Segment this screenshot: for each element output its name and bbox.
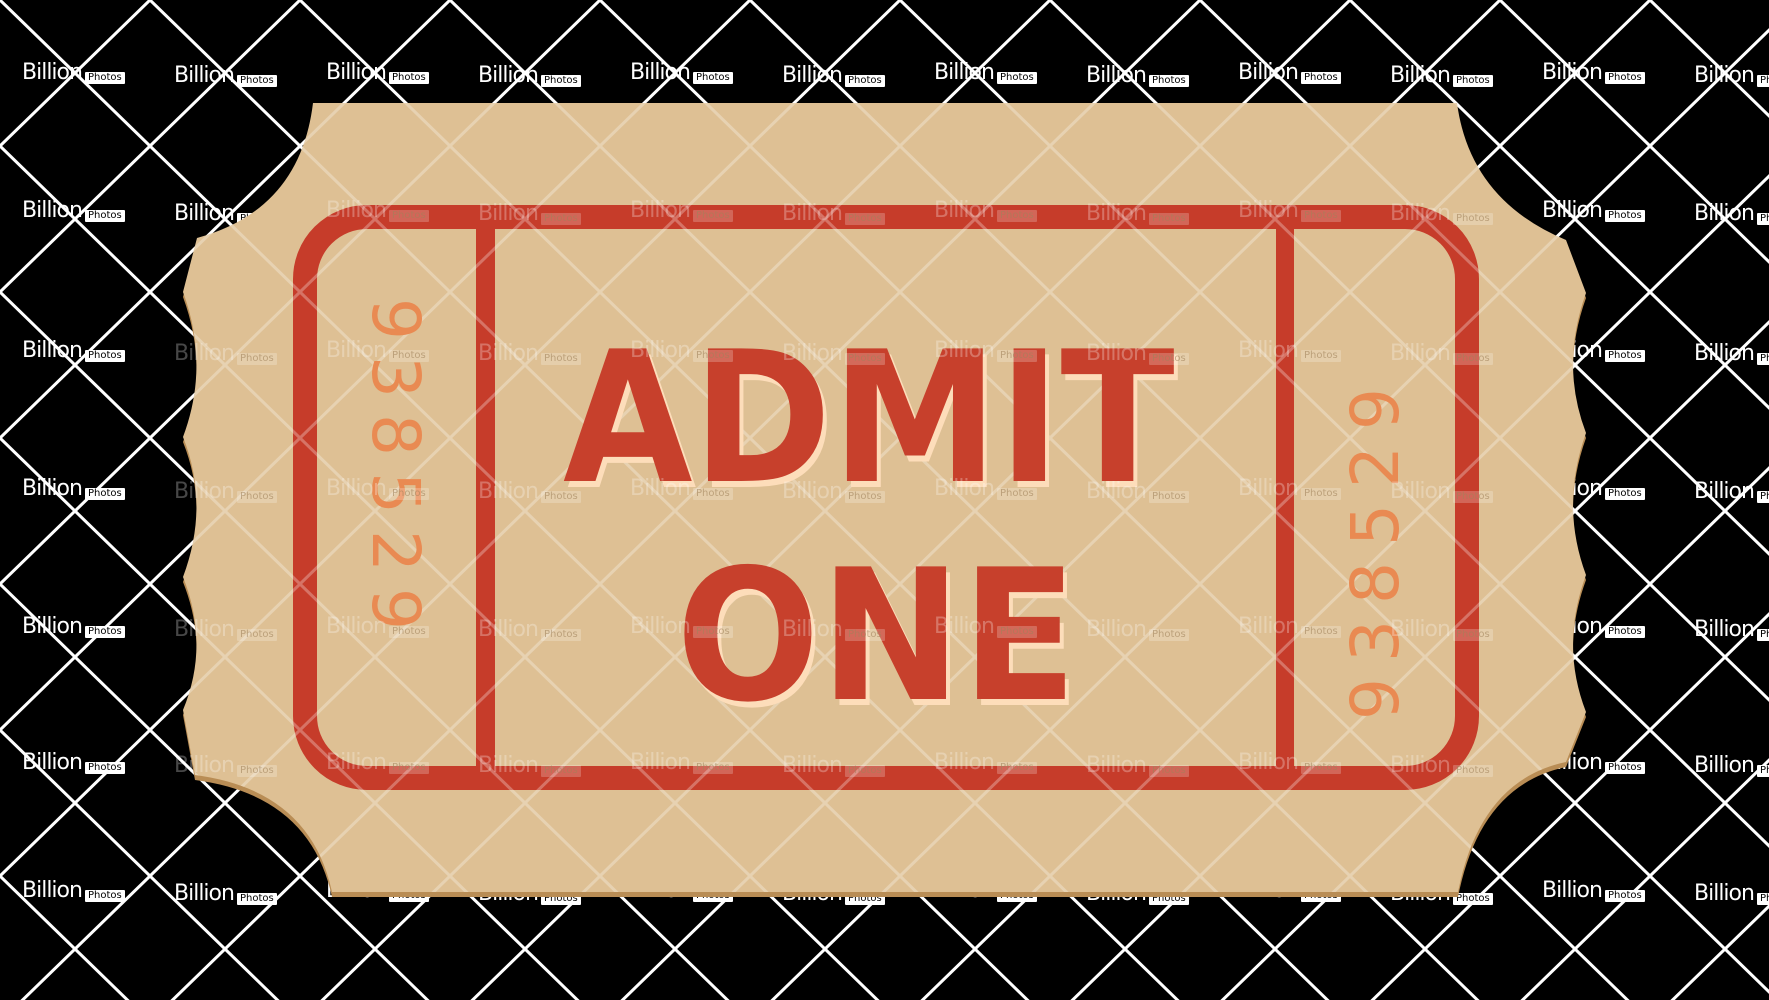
watermark: BillionPhotos: [478, 755, 581, 777]
watermark: BillionPhotos: [1086, 203, 1189, 225]
watermark-tag: Photos: [1301, 762, 1341, 774]
watermark: BillionPhotos: [934, 616, 1037, 638]
watermark-tag: Photos: [1453, 629, 1493, 641]
watermark-brand: Billion: [326, 478, 386, 500]
watermark: BillionPhotos: [782, 343, 885, 365]
watermark-tag: Photos: [845, 629, 885, 641]
watermark: BillionPhotos: [1390, 619, 1493, 641]
watermark-tag: Photos: [1149, 213, 1189, 225]
watermark-tag: Photos: [237, 353, 277, 365]
watermark: BillionPhotos: [630, 478, 733, 500]
watermark-tag: Photos: [541, 765, 581, 777]
watermark-brand: Billion: [782, 343, 842, 365]
watermark: BillionPhotos: [1086, 343, 1189, 365]
watermark-brand: Billion: [478, 343, 538, 365]
watermark: BillionPhotos: [478, 343, 581, 365]
watermark-brand: Billion: [174, 619, 234, 641]
watermark: BillionPhotos: [174, 619, 277, 641]
watermark: BillionPhotos: [1086, 755, 1189, 777]
watermark-tag: Photos: [1301, 350, 1341, 362]
watermark-tag: Photos: [237, 765, 277, 777]
watermark-brand: Billion: [630, 752, 690, 774]
watermark: BillionPhotos: [1238, 200, 1341, 222]
watermark: BillionPhotos: [630, 616, 733, 638]
watermark-tag: Photos: [1149, 491, 1189, 503]
watermark-brand: Billion: [1390, 619, 1450, 641]
watermark-tag: Photos: [389, 210, 429, 222]
watermark: BillionPhotos: [1390, 481, 1493, 503]
watermark-tag: Photos: [997, 350, 1037, 362]
watermark-tag: Photos: [541, 353, 581, 365]
watermark: BillionPhotos: [1086, 481, 1189, 503]
watermark-brand: Billion: [1238, 200, 1298, 222]
watermark: BillionPhotos: [934, 340, 1037, 362]
watermark-tag: Photos: [1301, 488, 1341, 500]
watermark: BillionPhotos: [1238, 340, 1341, 362]
watermark: BillionPhotos: [630, 340, 733, 362]
watermark-brand: Billion: [1086, 755, 1146, 777]
watermark: BillionPhotos: [326, 752, 429, 774]
watermark-brand: Billion: [174, 343, 234, 365]
watermark-tag: Photos: [845, 353, 885, 365]
watermark-brand: Billion: [326, 340, 386, 362]
watermark-brand: Billion: [174, 755, 234, 777]
watermark-tag: Photos: [693, 488, 733, 500]
watermark: BillionPhotos: [1390, 343, 1493, 365]
watermark: BillionPhotos: [782, 619, 885, 641]
watermark: BillionPhotos: [630, 752, 733, 774]
watermark: BillionPhotos: [782, 481, 885, 503]
watermark-tag: Photos: [1149, 353, 1189, 365]
watermark-brand: Billion: [174, 481, 234, 503]
watermark-brand: Billion: [934, 200, 994, 222]
watermark-brand: Billion: [934, 340, 994, 362]
watermark-brand: Billion: [934, 478, 994, 500]
watermark-brand: Billion: [782, 755, 842, 777]
watermark-brand: Billion: [782, 619, 842, 641]
watermark-brand: Billion: [1238, 340, 1298, 362]
watermark: BillionPhotos: [782, 755, 885, 777]
watermark-tag: Photos: [1453, 353, 1493, 365]
watermark: BillionPhotos: [478, 203, 581, 225]
watermark-brand: Billion: [630, 478, 690, 500]
watermark-tag: Photos: [693, 350, 733, 362]
watermark-layer-ticket: BillionPhotosBillionPhotosBillionPhotosB…: [0, 0, 1769, 1000]
watermark: BillionPhotos: [630, 200, 733, 222]
watermark: BillionPhotos: [1086, 619, 1189, 641]
watermark-tag: Photos: [389, 626, 429, 638]
watermark-brand: Billion: [1390, 203, 1450, 225]
watermark-tag: Photos: [1453, 491, 1493, 503]
watermark-tag: Photos: [1149, 629, 1189, 641]
watermark-tag: Photos: [1453, 213, 1493, 225]
watermark-tag: Photos: [1301, 626, 1341, 638]
watermark: BillionPhotos: [174, 343, 277, 365]
watermark: BillionPhotos: [934, 478, 1037, 500]
watermark-tag: Photos: [389, 488, 429, 500]
watermark-tag: Photos: [237, 491, 277, 503]
watermark: BillionPhotos: [326, 200, 429, 222]
watermark-brand: Billion: [630, 200, 690, 222]
watermark-tag: Photos: [1453, 765, 1493, 777]
watermark-brand: Billion: [1086, 203, 1146, 225]
watermark-brand: Billion: [934, 752, 994, 774]
watermark: BillionPhotos: [1238, 478, 1341, 500]
watermark-tag: Photos: [997, 488, 1037, 500]
watermark-tag: Photos: [845, 213, 885, 225]
watermark: BillionPhotos: [1238, 752, 1341, 774]
watermark-tag: Photos: [237, 629, 277, 641]
watermark-brand: Billion: [1086, 343, 1146, 365]
watermark-tag: Photos: [693, 626, 733, 638]
watermark: BillionPhotos: [934, 200, 1037, 222]
watermark: BillionPhotos: [1390, 203, 1493, 225]
watermark-brand: Billion: [1238, 752, 1298, 774]
watermark-brand: Billion: [1238, 478, 1298, 500]
watermark-brand: Billion: [782, 203, 842, 225]
watermark-brand: Billion: [326, 752, 386, 774]
watermark-brand: Billion: [1390, 755, 1450, 777]
watermark-brand: Billion: [326, 616, 386, 638]
watermark: BillionPhotos: [478, 481, 581, 503]
watermark-tag: Photos: [845, 491, 885, 503]
watermark: BillionPhotos: [1238, 616, 1341, 638]
watermark-brand: Billion: [782, 481, 842, 503]
watermark-brand: Billion: [1238, 616, 1298, 638]
watermark: BillionPhotos: [174, 481, 277, 503]
watermark-brand: Billion: [630, 616, 690, 638]
watermark-brand: Billion: [478, 619, 538, 641]
watermark-tag: Photos: [1149, 765, 1189, 777]
watermark-brand: Billion: [1086, 481, 1146, 503]
watermark-tag: Photos: [1301, 210, 1341, 222]
watermark: BillionPhotos: [174, 755, 277, 777]
watermark-tag: Photos: [389, 350, 429, 362]
watermark: BillionPhotos: [326, 478, 429, 500]
watermark-brand: Billion: [1390, 343, 1450, 365]
ticket-illustration: BillionPhotosBillionPhotosBillionPhotosB…: [0, 0, 1769, 1000]
watermark-brand: Billion: [478, 203, 538, 225]
watermark-brand: Billion: [630, 340, 690, 362]
watermark-brand: Billion: [326, 200, 386, 222]
watermark: BillionPhotos: [1390, 755, 1493, 777]
watermark-tag: Photos: [541, 629, 581, 641]
watermark-tag: Photos: [845, 765, 885, 777]
watermark-tag: Photos: [997, 762, 1037, 774]
watermark: BillionPhotos: [934, 752, 1037, 774]
watermark-brand: Billion: [934, 616, 994, 638]
watermark-brand: Billion: [478, 481, 538, 503]
watermark-tag: Photos: [997, 210, 1037, 222]
watermark: BillionPhotos: [326, 616, 429, 638]
watermark-brand: Billion: [1086, 619, 1146, 641]
watermark-tag: Photos: [389, 762, 429, 774]
watermark-brand: Billion: [478, 755, 538, 777]
watermark-tag: Photos: [541, 213, 581, 225]
watermark-tag: Photos: [693, 762, 733, 774]
watermark: BillionPhotos: [326, 340, 429, 362]
watermark-tag: Photos: [997, 626, 1037, 638]
watermark: BillionPhotos: [478, 619, 581, 641]
watermark-tag: Photos: [541, 491, 581, 503]
watermark-tag: Photos: [693, 210, 733, 222]
watermark-brand: Billion: [1390, 481, 1450, 503]
watermark: BillionPhotos: [782, 203, 885, 225]
